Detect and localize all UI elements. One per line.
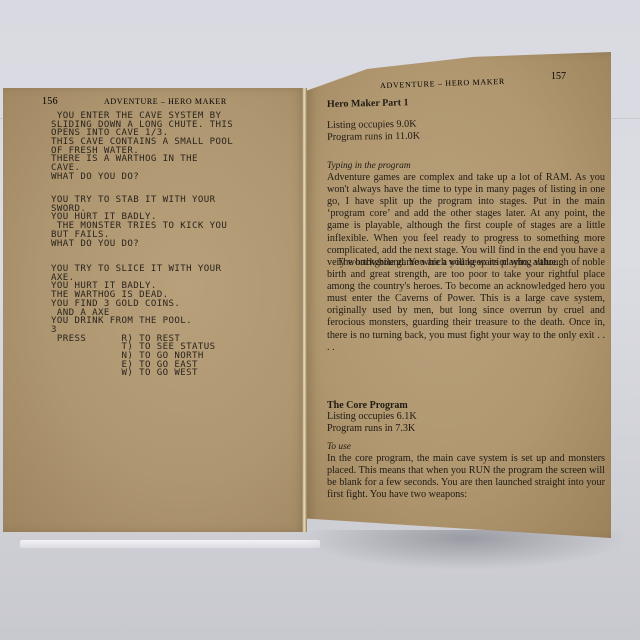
book-gutter bbox=[302, 88, 307, 532]
right-page-number: 157 bbox=[551, 71, 566, 82]
subheading: Typing in the program bbox=[327, 160, 605, 172]
left-running-head: ADVENTURE – HERO MAKER bbox=[104, 97, 227, 106]
stat-line: Listing occupies 6.1K bbox=[327, 411, 605, 423]
background-paragraph: The background. You are a young warrior … bbox=[327, 257, 605, 354]
subheading: To use bbox=[327, 441, 605, 453]
screen-output-block: THIS CAVE CONTAINS A SMALL POOL OF FRESH… bbox=[51, 138, 291, 182]
typing-section: Typing in the program Adventure games ar… bbox=[327, 160, 605, 269]
screen-output-block: YOU TRY TO STAB IT WITH YOUR SWORD. YOU … bbox=[51, 196, 291, 248]
left-page-number: 156 bbox=[42, 96, 58, 107]
body-paragraph: In the core program, the main cave syste… bbox=[327, 453, 605, 501]
screen-output-block: YOU TRY TO SLICE IT WITH YOUR AXE. YOU H… bbox=[51, 265, 291, 378]
body-paragraph: Adventure games are complex and take up … bbox=[327, 172, 605, 268]
screen-output-block: YOU ENTER THE CAVE SYSTEM BY SLIDING DOW… bbox=[51, 112, 291, 138]
section-stats: Listing occupies 6.1K Program runs in 7.… bbox=[327, 411, 605, 435]
photo-scene: 156 ADVENTURE – HERO MAKER YOU ENTER THE… bbox=[0, 0, 640, 640]
section-stats: Listing occupies 9.0K Program runs in 11… bbox=[327, 116, 605, 144]
book-cover-edge bbox=[20, 540, 320, 548]
stat-line: Program runs in 7.3K bbox=[327, 423, 605, 435]
